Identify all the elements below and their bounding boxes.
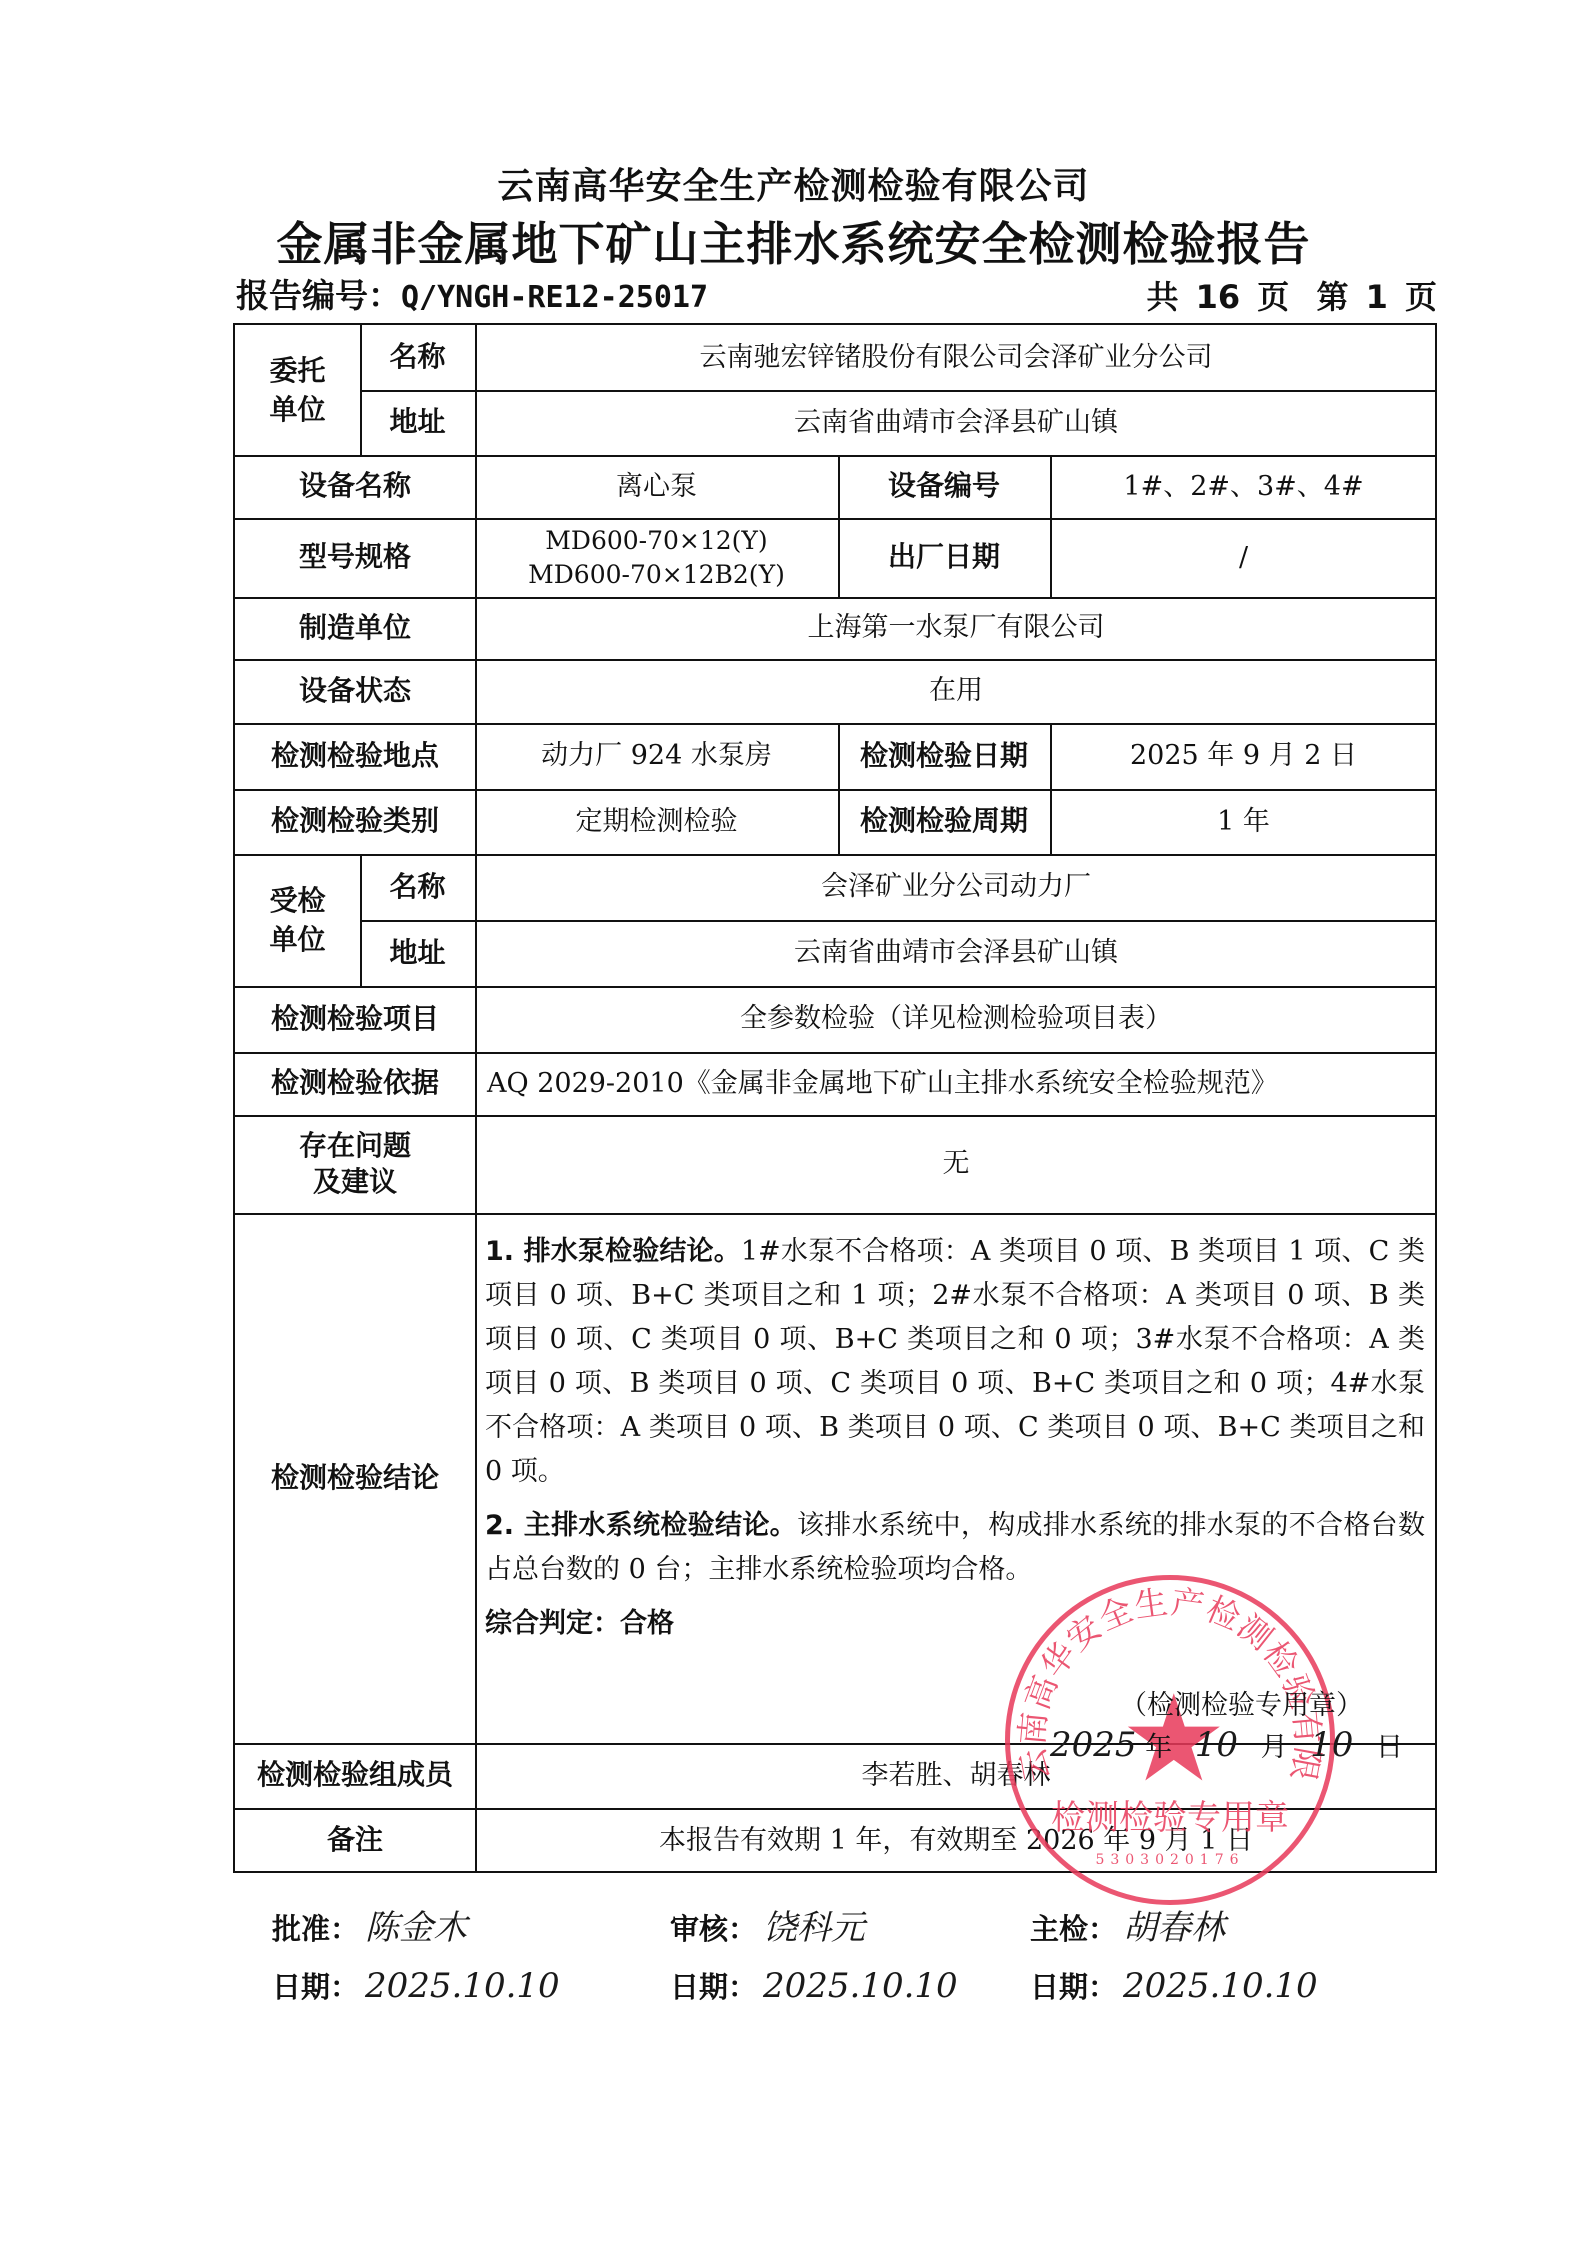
pump-conclusion-heading: 1. 排水泵检验结论。 bbox=[485, 1236, 741, 1267]
inspected-unit-address-value: 云南省曲靖市会泽县矿山镇 bbox=[475, 920, 1437, 986]
review-date-value: 2025.10.10 bbox=[763, 1966, 958, 2006]
year-label: 年 bbox=[1145, 1732, 1172, 1763]
items-value: 全参数检验（详见检测检验项目表） bbox=[475, 986, 1437, 1052]
month-label: 月 bbox=[1261, 1732, 1288, 1763]
location-value: 动力厂 924 水泵房 bbox=[475, 723, 838, 789]
page-indicator: 共 16 页 第 1 页 bbox=[1136, 272, 1437, 318]
inspected-unit-name-label: 名称 bbox=[360, 854, 475, 920]
manufacturer-value: 上海第一水泵厂有限公司 bbox=[475, 597, 1437, 659]
stamp-note: （检测检验专用章） bbox=[1120, 1683, 1363, 1722]
pump-conclusion-body: 1#水泵不合格项：A 类项目 0 项、B 类项目 1 项、C 类项目 0 项、B… bbox=[485, 1236, 1425, 1487]
factory-date-value: / bbox=[1050, 518, 1437, 597]
stamp-date-month: 10 bbox=[1195, 1725, 1238, 1765]
inspected-unit-address-label: 地址 bbox=[360, 920, 475, 986]
client-address-label: 地址 bbox=[360, 390, 475, 455]
equipment-name-label: 设备名称 bbox=[235, 455, 475, 518]
approve-date: 日期：2025.10.10 bbox=[272, 1965, 560, 2006]
verdict-value: 合格 bbox=[620, 1608, 674, 1639]
conclusion-label: 检测检验结论 bbox=[235, 1213, 475, 1743]
status-label: 设备状态 bbox=[235, 659, 475, 723]
issues-label: 存在问题 及建议 bbox=[235, 1115, 475, 1213]
review-date-label: 日期： bbox=[670, 1970, 757, 2004]
manufacturer-label: 制造单位 bbox=[235, 597, 475, 659]
stamp-date: 2025 年 10 月 10 日 bbox=[1050, 1725, 1403, 1765]
remarks-label: 备注 bbox=[235, 1808, 475, 1873]
chief-date-value: 2025.10.10 bbox=[1123, 1966, 1318, 2006]
system-conclusion: 2. 主排水系统检验结论。该排水系统中，构成排水系统的排水泵的不合格台数占总台数… bbox=[485, 1504, 1425, 1592]
report-number-label: 报告编号： bbox=[236, 276, 401, 315]
client-name-value: 云南驰宏锌锗股份有限公司会泽矿业分公司 bbox=[475, 325, 1437, 390]
chief-label: 主检： bbox=[1030, 1912, 1117, 1946]
stamp-date-day: 10 bbox=[1310, 1725, 1353, 1765]
review-sign: 饶科元 bbox=[763, 1908, 865, 1948]
system-conclusion-heading: 2. 主排水系统检验结论。 bbox=[485, 1510, 797, 1541]
inspection-date-label: 检测检验日期 bbox=[838, 723, 1050, 789]
pump-conclusion: 1. 排水泵检验结论。1#水泵不合格项：A 类项目 0 项、B 类项目 1 项、… bbox=[485, 1230, 1425, 1494]
model-line-1: MD600-70×12(Y) bbox=[545, 524, 767, 558]
approve-label: 批准： bbox=[272, 1912, 359, 1946]
model-value: MD600-70×12(Y) MD600-70×12B2(Y) bbox=[475, 518, 838, 597]
review-signature: 审核：饶科元 bbox=[670, 1900, 865, 1949]
review-label: 审核： bbox=[670, 1912, 757, 1946]
client-group-label-text: 委托单位 bbox=[266, 351, 330, 429]
category-label: 检测检验类别 bbox=[235, 789, 475, 854]
review-date: 日期：2025.10.10 bbox=[670, 1965, 958, 2006]
issues-label-line-2: 及建议 bbox=[313, 1164, 397, 1200]
approve-date-label: 日期： bbox=[272, 1970, 359, 2004]
approve-signature: 批准：陈金木 bbox=[272, 1900, 467, 1949]
basis-value: AQ 2029-2010《金属非金属地下矿山主排水系统安全检验规范》 bbox=[475, 1052, 1437, 1115]
chief-date-label: 日期： bbox=[1030, 1970, 1117, 2004]
basis-label: 检测检验依据 bbox=[235, 1052, 475, 1115]
stamp-code: 5303020176 bbox=[1010, 1852, 1330, 1868]
issues-label-line-1: 存在问题 bbox=[299, 1128, 411, 1164]
client-group-label: 委托单位 bbox=[235, 325, 360, 455]
approve-sign: 陈金木 bbox=[365, 1908, 467, 1948]
team-label: 检测检验组成员 bbox=[235, 1743, 475, 1808]
current-page: 第 1 页 bbox=[1316, 278, 1437, 316]
issues-value: 无 bbox=[475, 1115, 1437, 1213]
status-value: 在用 bbox=[475, 659, 1437, 723]
equipment-id-value: 1#、2#、3#、4# bbox=[1050, 455, 1437, 518]
client-name-label: 名称 bbox=[360, 325, 475, 390]
factory-date-label: 出厂日期 bbox=[838, 518, 1050, 597]
category-value: 定期检测检验 bbox=[475, 789, 838, 854]
items-label: 检测检验项目 bbox=[235, 986, 475, 1052]
verdict-label: 综合判定： bbox=[485, 1608, 620, 1639]
equipment-name-value: 离心泵 bbox=[475, 455, 838, 518]
inspected-unit-group-label-text: 受检单位 bbox=[266, 881, 330, 959]
inspection-date-value: 2025 年 9 月 2 日 bbox=[1050, 723, 1437, 789]
stamp-center-text: 检测检验专用章 bbox=[1010, 1790, 1330, 1839]
chief-sign: 胡春林 bbox=[1123, 1908, 1225, 1948]
client-address-value: 云南省曲靖市会泽县矿山镇 bbox=[475, 390, 1437, 455]
model-line-2: MD600-70×12B2(Y) bbox=[528, 558, 785, 592]
report-number: 报告编号：Q/YNGH-RE12-25017 bbox=[236, 270, 708, 317]
chief-date: 日期：2025.10.10 bbox=[1030, 1965, 1318, 2006]
cycle-label: 检测检验周期 bbox=[838, 789, 1050, 854]
report-title: 金属非金属地下矿山主排水系统安全检测检验报告 bbox=[0, 208, 1587, 274]
stamp-date-year: 2025 bbox=[1050, 1725, 1137, 1765]
equipment-id-label: 设备编号 bbox=[838, 455, 1050, 518]
day-label: 日 bbox=[1376, 1732, 1403, 1763]
chief-signature: 主检：胡春林 bbox=[1030, 1900, 1225, 1949]
model-label: 型号规格 bbox=[235, 518, 475, 597]
report-number-value: Q/YNGH-RE12-25017 bbox=[401, 280, 708, 315]
cycle-value: 1 年 bbox=[1050, 789, 1437, 854]
inspected-unit-name-value: 会泽矿业分公司动力厂 bbox=[475, 854, 1437, 920]
company-name: 云南高华安全生产检测检验有限公司 bbox=[0, 158, 1587, 209]
location-label: 检测检验地点 bbox=[235, 723, 475, 789]
approve-date-value: 2025.10.10 bbox=[365, 1966, 560, 2006]
inspected-unit-group-label: 受检单位 bbox=[235, 854, 360, 986]
total-pages: 共 16 页 bbox=[1146, 278, 1289, 316]
